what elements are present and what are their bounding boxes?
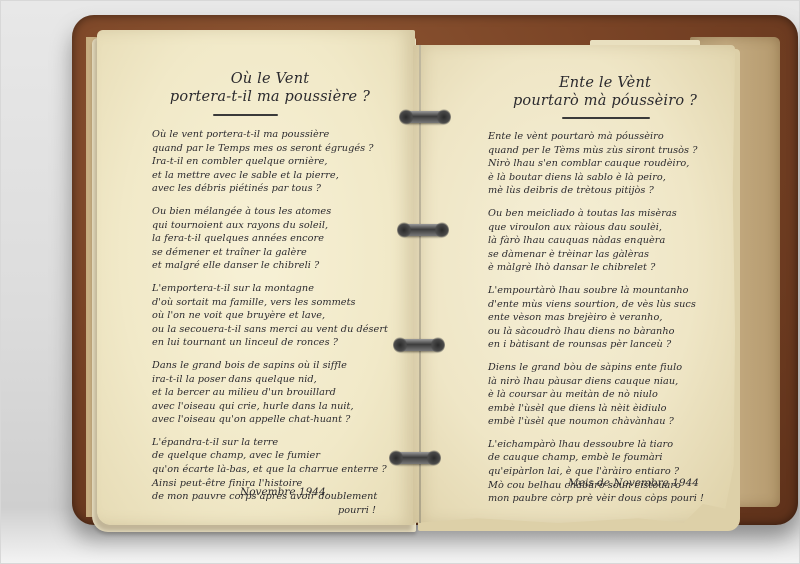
poem-line: ira-t-il la poser dans quelque nid, xyxy=(152,373,402,387)
poem-line: qu'on écarte là-bas, et que la charrue e… xyxy=(152,463,402,477)
right-title-underline xyxy=(562,117,650,119)
spiral-ring xyxy=(401,224,445,236)
left-page-date: Novembre 1944. xyxy=(240,486,329,498)
right-stanza-5: L'eichampàrò lhau dessoubre là tiaro de … xyxy=(488,438,738,506)
poem-line: è là boutar diens là sablo è là peiro, xyxy=(488,171,738,185)
poem-line: L'épandra-t-il sur la terre xyxy=(152,436,402,450)
poem-line: se dàmenar è trèinar las gàlèras xyxy=(488,248,738,262)
poem-line: embè l'ùsèl que diens là nèit èidiulo xyxy=(488,402,738,416)
poem-line: è màlgrè lhò dansar le chibrelet ? xyxy=(488,261,738,275)
poem-line: L'empourtàrò lhau soubre là mountanho xyxy=(488,284,738,298)
poem-line: se démener et traîner la galère xyxy=(152,246,402,260)
left-title-line2: portera-t-il ma poussière ? xyxy=(150,88,390,106)
poem-line: qui tournoient aux rayons du soleil, xyxy=(152,219,402,233)
left-page-title: Où le Vent portera-t-il ma poussière ? xyxy=(150,70,390,106)
right-stanza-2: Ou ben meicliado à toutas las misèras qu… xyxy=(488,207,738,275)
left-stanza-3: L'emportera-t-il sur la montagne d'où so… xyxy=(152,282,402,350)
poem-line: Ou bien mélangée à tous les atomes xyxy=(152,205,402,219)
right-page-title: Ente le Vènt pourtarò mà póussèiro ? xyxy=(490,74,720,110)
right-stanza-4: Diens le grand bòu de sàpins ente fiulo … xyxy=(488,361,738,429)
poem-line: d'où sortait ma famille, vers les sommet… xyxy=(152,296,402,310)
poem-line: quand per le Tèms mùs zùs siront trusòs … xyxy=(488,144,738,158)
left-stanza-4: Dans le grand bois de sapins où il siffl… xyxy=(152,359,402,427)
poem-line: là fàrò lhau cauquas nàdas enquèra xyxy=(488,234,738,248)
left-stanza-1: Où le vent portera-t-il ma poussière qua… xyxy=(152,128,402,196)
poem-line: Ente le vènt pourtarò mà póussèiro xyxy=(488,130,738,144)
poem-line: d'ente mùs viens sourtion, de vès lùs su… xyxy=(488,298,738,312)
poem-line: que viroulon aux ràious dau soulèi, xyxy=(488,221,738,235)
poem-line: et la mettre avec le sable et la pierre, xyxy=(152,169,402,183)
poem-line: avec les débris piétinés par tous ? xyxy=(152,182,402,196)
poem-line: Nirò lhau s'en comblar cauque roudèiro, xyxy=(488,157,738,171)
poem-line: Ira-t-il en combler quelque ornière, xyxy=(152,155,402,169)
spiral-ring xyxy=(403,111,447,123)
poem-line: ou là sàcoudrò lhau diens no bàranho xyxy=(488,325,738,339)
poem-line: en i bàtisant de rounsas pèr lanceù ? xyxy=(488,338,738,352)
poem-line: Dans le grand bois de sapins où il siffl… xyxy=(152,359,402,373)
poem-line: mè lùs deibris de trètous pitijòs ? xyxy=(488,184,738,198)
poem-line: ente vèson mas brejèiro è veranho, xyxy=(488,311,738,325)
poem-line: et la bercer au milieu d'un brouillard xyxy=(152,386,402,400)
poem-line: où l'on ne voit que bruyère et lave, xyxy=(152,309,402,323)
poem-line: de cauque champ, embè le foumàri xyxy=(488,451,738,465)
left-stanza-5: L'épandra-t-il sur la terre de quelque c… xyxy=(152,436,402,518)
poem-line: embè l'ùsèl que noumon chàvànhau ? xyxy=(488,415,738,429)
poem-line: là nirò lhau pàusar diens cauque niau, xyxy=(488,375,738,389)
poem-line: de quelque champ, avec le fumier xyxy=(152,449,402,463)
right-stanza-3: L'empourtàrò lhau soubre là mountanho d'… xyxy=(488,284,738,352)
left-title-underline xyxy=(213,114,278,116)
poem-line: mon paubre còrp prè vèir dous còps pouri… xyxy=(488,492,738,506)
right-title-line2: pourtarò mà póussèiro ? xyxy=(490,92,720,110)
poem-line: quand par le Temps mes os seront égrugés… xyxy=(152,142,402,156)
poem-line: Diens le grand bòu de sàpins ente fiulo xyxy=(488,361,738,375)
left-stanza-2: Ou bien mélangée à tous les atomes qui t… xyxy=(152,205,402,273)
spiral-ring xyxy=(397,339,441,351)
poem-line: la fera-t-il quelques années encore xyxy=(152,232,402,246)
poem-line: L'emportera-t-il sur la montagne xyxy=(152,282,402,296)
poem-line: L'eichampàrò lhau dessoubre là tiaro xyxy=(488,438,738,452)
left-title-line1: Où le Vent xyxy=(150,70,390,88)
poem-line: pourri ! xyxy=(152,504,402,518)
right-title-line1: Ente le Vènt xyxy=(490,74,720,92)
poem-line: è là coursar àu meitàn de nò niulo xyxy=(488,388,738,402)
right-page-date: Meis de Novembre 1944 xyxy=(568,477,699,489)
poem-line: en lui tournant un linceul de ronces ? xyxy=(152,336,402,350)
poem-line: et malgré elle danser le chibreli ? xyxy=(152,259,402,273)
left-poem: Où le vent portera-t-il ma poussière qua… xyxy=(152,128,402,526)
poem-line: avec l'oiseau qui crie, hurle dans la nu… xyxy=(152,400,402,414)
poem-line: Ou ben meicliado à toutas las misèras xyxy=(488,207,738,221)
right-stanza-1: Ente le vènt pourtarò mà póussèiro quand… xyxy=(488,130,738,198)
right-poem: Ente le vènt pourtarò mà póussèiro quand… xyxy=(488,130,738,515)
poem-line: avec l'oiseau qu'on appelle chat-huant ? xyxy=(152,413,402,427)
poem-line: ou la secouera-t-il sans merci au vent d… xyxy=(152,323,402,337)
poem-line: Où le vent portera-t-il ma poussière xyxy=(152,128,402,142)
